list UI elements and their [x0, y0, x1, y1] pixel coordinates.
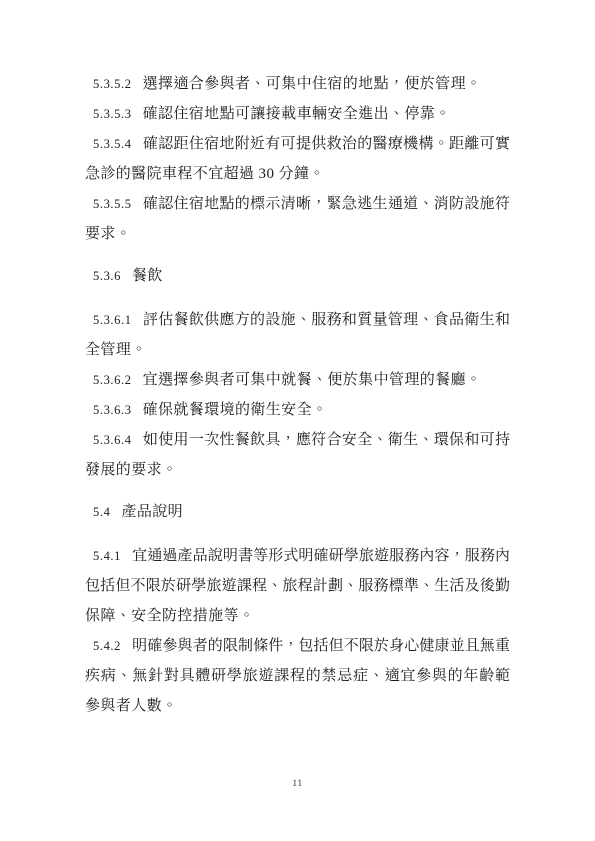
section-number: 5.3.6: [93, 269, 121, 283]
line-text: 宜選擇參與者可集中就餐、便於集中管理的餐廳。: [143, 372, 482, 388]
paragraph: 5.3.6.2宜選擇參與者可集中就餐、便於集中管理的餐廳。: [85, 365, 510, 395]
heading-title: 產品說明: [121, 504, 183, 520]
paragraph: 5.3.6.3確保就餐環境的衛生安全。: [85, 395, 510, 425]
line-text: 選擇適合參與者、可集中住宿的地點，便於管理。: [143, 76, 482, 92]
line-text: 確認住宿地點的標示清晰，緊急逃生通道、消防設施符合: [93, 196, 510, 219]
paragraph: 5.3.5.2選擇適合參與者、可集中住宿的地點，便於管理。: [85, 69, 510, 99]
paragraph-first-line: 5.3.6.1評估餐飲供應方的設施、服務和質量管理、食品衛生和安: [85, 305, 510, 335]
paragraph: 5.3.5.4確認距住宿地附近有可提供救治的醫療機構。距離可實施 急診的醫院車程…: [85, 129, 510, 189]
paragraph-first-line: 5.3.5.3確認住宿地點可讓接載車輛安全進出、停靠。: [85, 99, 510, 129]
paragraph: 5.4.1宜通過產品說明書等形式明確研學旅遊服務內容，服務內容 包括但不限於研學…: [85, 541, 510, 631]
heading-line: 5.3.6餐飲: [85, 261, 510, 291]
paragraph-first-line: 5.3.6.4如使用一次性餐飲具，應符合安全、衛生、環保和可持續: [85, 425, 510, 455]
section-heading: 5.3.6餐飲: [85, 261, 510, 291]
paragraph: 5.3.6.1評估餐飲供應方的設施、服務和質量管理、食品衛生和安 全管理。: [85, 305, 510, 365]
paragraph: 5.3.5.3確認住宿地點可讓接載車輛安全進出、停靠。: [85, 99, 510, 129]
paragraph-line: 全管理。: [85, 335, 510, 365]
paragraph-line: 疾病、無針對具體研學旅遊課程的禁忌症、適宜參與的年齡範圍、: [85, 661, 510, 691]
heading-line: 5.4產品說明: [85, 497, 510, 527]
paragraph-line: 急診的醫院車程不宜超過 30 分鐘。: [85, 159, 510, 189]
section-number: 5.4.2: [93, 639, 121, 653]
paragraph: 5.4.2明確參與者的限制條件，包括但不限於身心健康並且無重大 疾病、無針對具體…: [85, 631, 510, 721]
section-number: 5.3.5.3: [93, 107, 132, 121]
line-text: 明確參與者的限制條件，包括但不限於身心健康並且無重大: [93, 638, 510, 661]
section-number: 5.3.6.4: [93, 433, 132, 447]
paragraph-line: 要求。: [85, 219, 510, 249]
line-text: 如使用一次性餐飲具，應符合安全、衛生、環保和可持續: [93, 432, 510, 455]
section-number: 5.3.6.2: [93, 373, 132, 387]
section-number: 5.4: [93, 505, 110, 519]
paragraph-first-line: 5.3.5.5確認住宿地點的標示清晰，緊急逃生通道、消防設施符合: [85, 189, 510, 219]
line-text: 確保就餐環境的衛生安全。: [143, 402, 328, 418]
paragraph-first-line: 5.3.6.3確保就餐環境的衛生安全。: [85, 395, 510, 425]
paragraph: 5.3.5.5確認住宿地點的標示清晰，緊急逃生通道、消防設施符合 要求。: [85, 189, 510, 249]
line-text: 宜通過產品說明書等形式明確研學旅遊服務內容，服務內容: [93, 548, 510, 571]
paragraph: 5.3.6.4如使用一次性餐飲具，應符合安全、衛生、環保和可持續 發展的要求。: [85, 425, 510, 485]
section-number: 5.3.6.1: [93, 313, 132, 327]
paragraph-line: 參與者人數。: [85, 691, 510, 721]
page-footer: 11: [0, 779, 595, 789]
document-page: 5.3.5.2選擇適合參與者、可集中住宿的地點，便於管理。 5.3.5.3確認住…: [0, 0, 595, 841]
line-text: 確認距住宿地附近有可提供救治的醫療機構。距離可實施: [93, 136, 510, 159]
paragraph-first-line: 5.3.5.2選擇適合參與者、可集中住宿的地點，便於管理。: [85, 69, 510, 99]
paragraph-first-line: 5.4.2明確參與者的限制條件，包括但不限於身心健康並且無重大: [85, 631, 510, 661]
paragraph-line: 發展的要求。: [85, 455, 510, 485]
paragraph-first-line: 5.3.5.4確認距住宿地附近有可提供救治的醫療機構。距離可實施: [85, 129, 510, 159]
section-number: 5.3.5.5: [93, 197, 132, 211]
page-number: 11: [292, 779, 302, 789]
paragraph-first-line: 5.3.6.2宜選擇參與者可集中就餐、便於集中管理的餐廳。: [85, 365, 510, 395]
section-number: 5.3.5.2: [93, 77, 132, 91]
paragraph-first-line: 5.4.1宜通過產品說明書等形式明確研學旅遊服務內容，服務內容: [85, 541, 510, 571]
page-content: 5.3.5.2選擇適合參與者、可集中住宿的地點，便於管理。 5.3.5.3確認住…: [85, 69, 510, 721]
line-text: 評估餐飲供應方的設施、服務和質量管理、食品衛生和安: [93, 312, 510, 335]
section-number: 5.4.1: [93, 549, 121, 563]
section-number: 5.3.6.3: [93, 403, 132, 417]
line-text: 確認住宿地點可讓接載車輛安全進出、停靠。: [143, 106, 451, 122]
section-number: 5.3.5.4: [93, 137, 132, 151]
section-heading: 5.4產品說明: [85, 497, 510, 527]
paragraph-line: 保障、安全防控措施等。: [85, 601, 510, 631]
paragraph-line: 包括但不限於研學旅遊課程、旅程計劃、服務標準、生活及後勤: [85, 571, 510, 601]
heading-title: 餐飲: [132, 268, 163, 284]
